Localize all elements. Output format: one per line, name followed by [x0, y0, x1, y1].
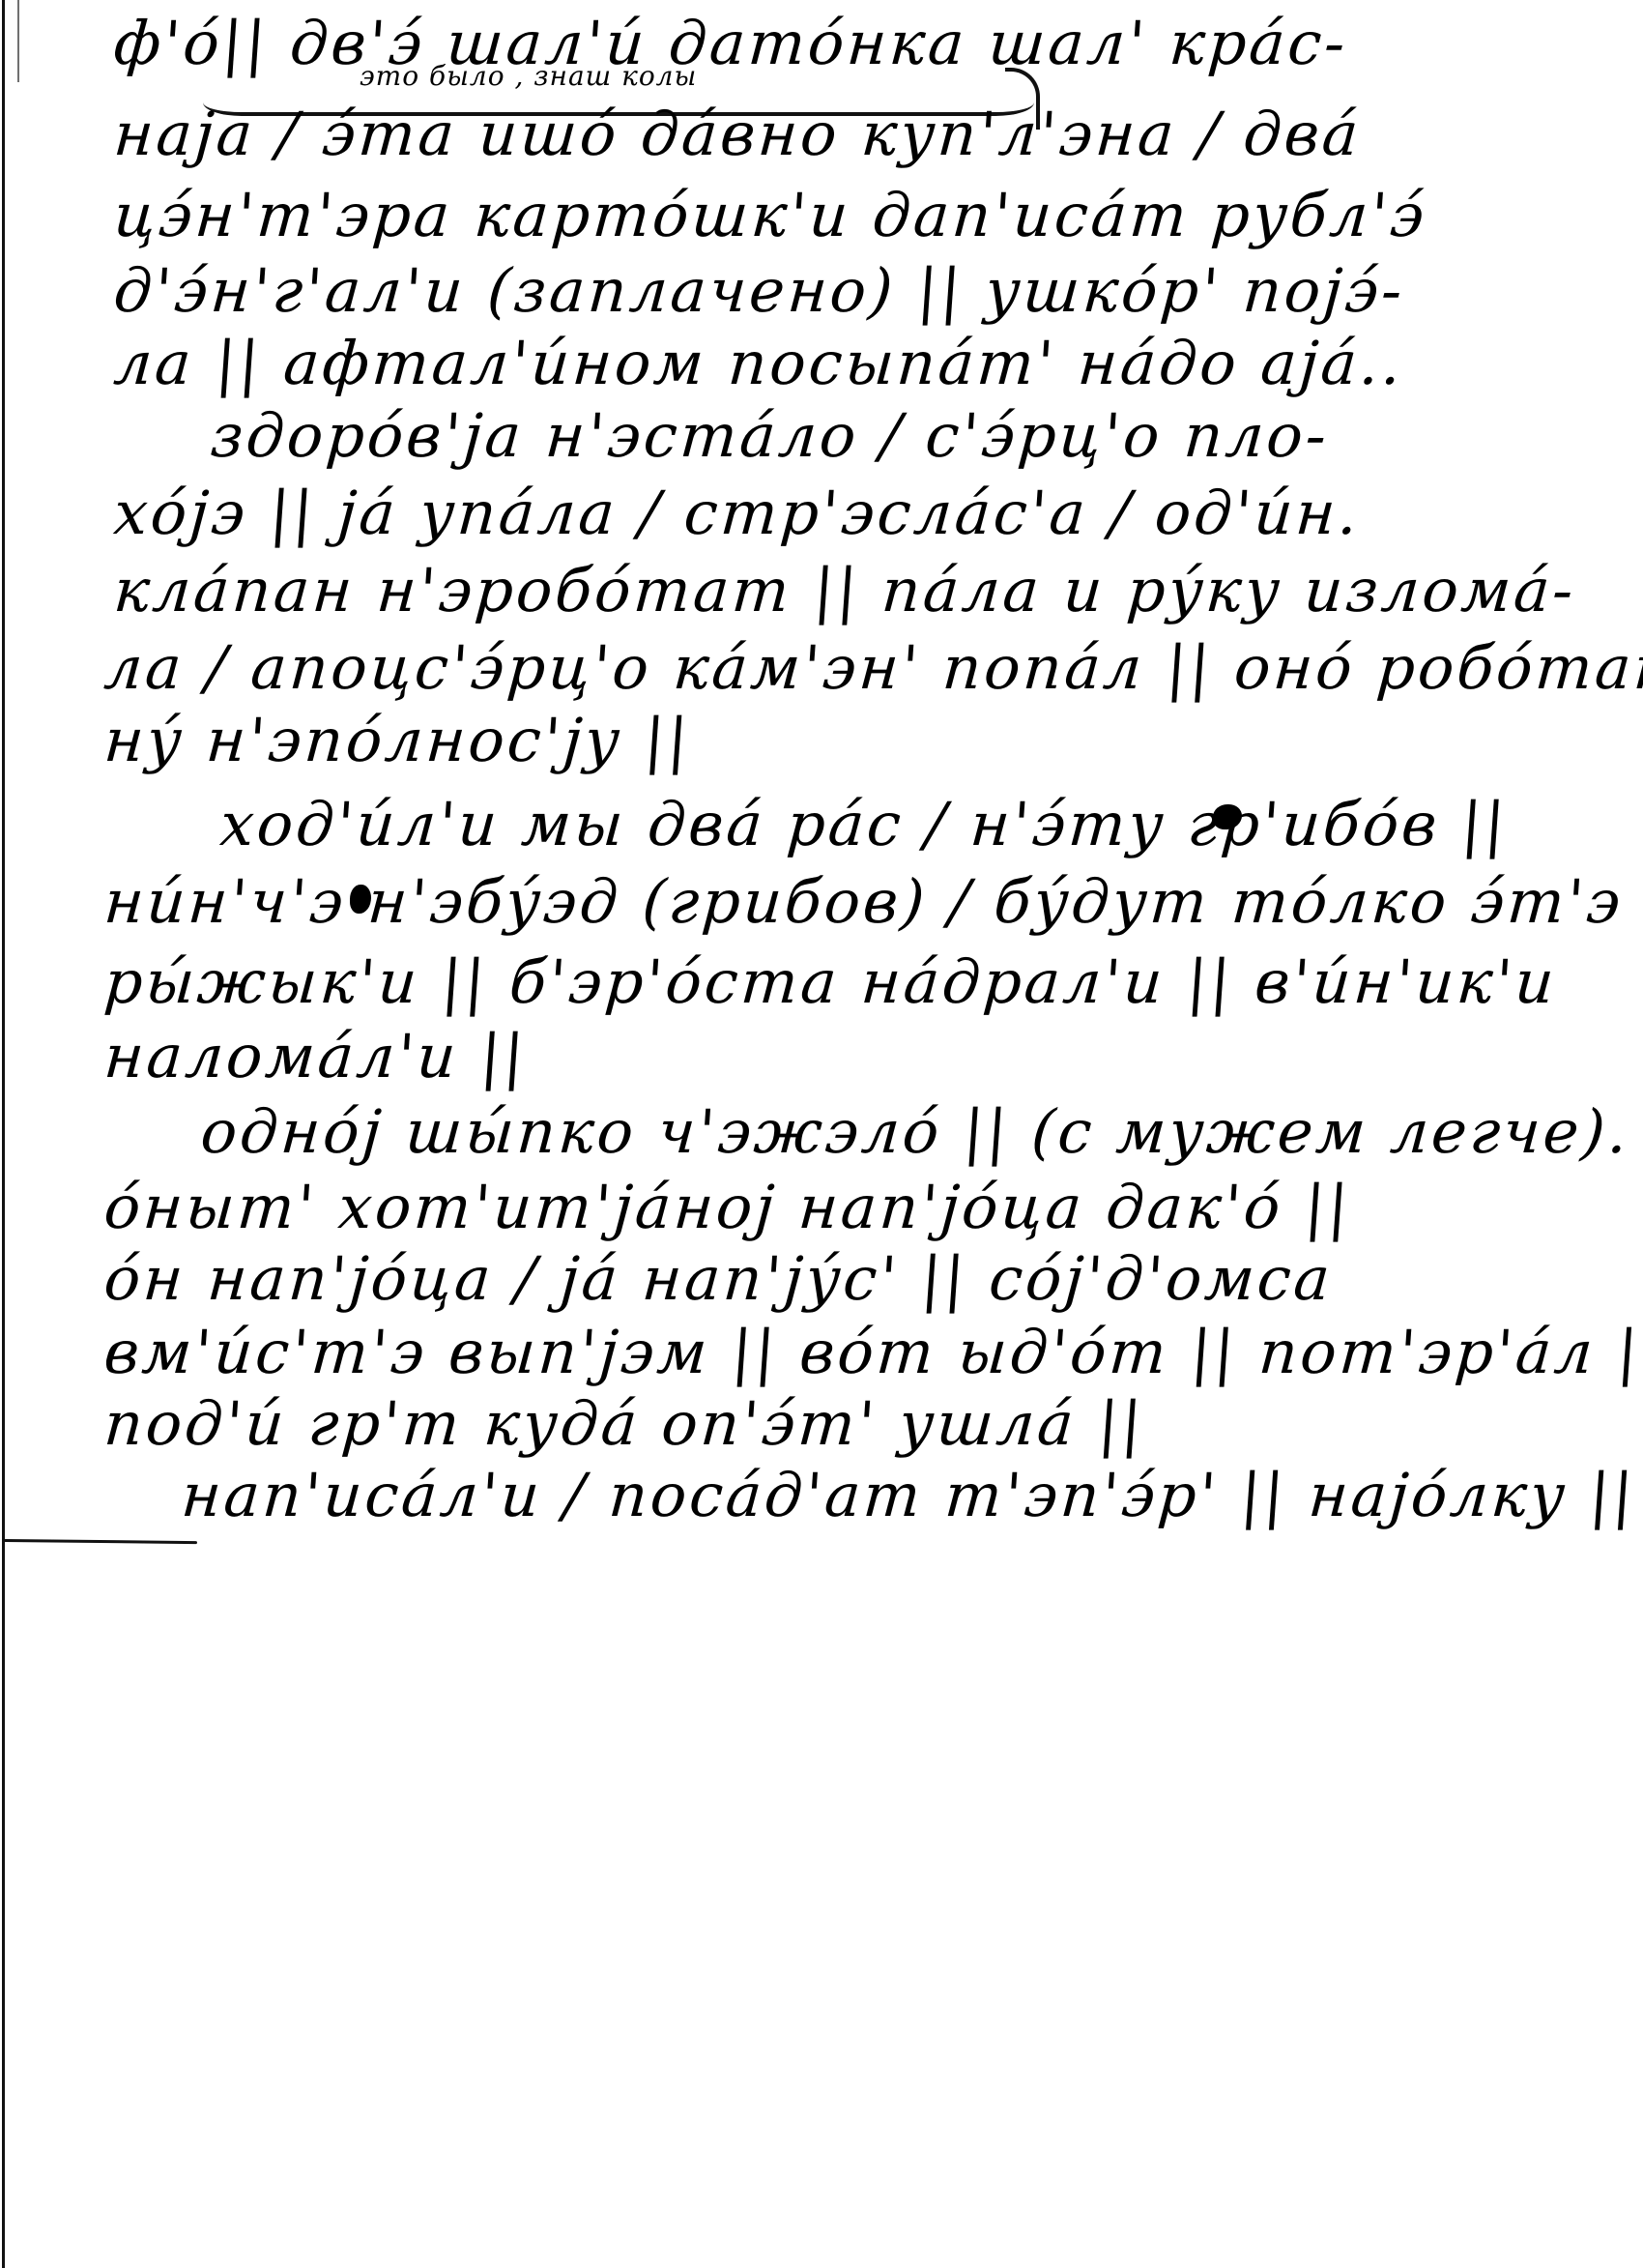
text-line-12: ни́н'ч'э н'эбу́эд (грибов) / бу́дут то́л… [102, 872, 1626, 932]
text-line-15: одно́ј шы́пко ч'эжэло́ || (с мужем легче… [199, 1102, 1632, 1162]
text-line-3: цэ́н'т'эра карто́шк'и дап'иса́т рубл'э́ [112, 186, 1428, 246]
scanned-page: это было , знаш колы ф'о́|| дв'э́ шал'и́… [0, 0, 1643, 2268]
text-line-17: о́н нап'јо́ца / ја́ нап'ју́с' || со́ј'д'… [102, 1249, 1335, 1309]
text-line-9: ла / апоцс'э́рц'о ка́м'эн' попа́л || оно… [102, 638, 1643, 698]
text-line-14: наломáл'и || [102, 1027, 529, 1087]
text-line-18: вм'и́с'т'э вып'јэм || во́т ыд'о́т || пот… [102, 1323, 1643, 1382]
text-line-20: нап'иса́л'и / поса́д'ат т'эп'э́р' || нај… [180, 1466, 1638, 1526]
text-line-2: наја / э́та ишо́ да́вно куп'л'эна / два́ [112, 104, 1363, 164]
text-line-11: ход'и́л'и мы два́ ра́с / н'э́ту гр'ибо́в… [218, 795, 1510, 855]
text-line-4: д'э́н'г'ал'и (заплачено) || ушко́р' појэ… [112, 261, 1407, 321]
text-line-16: о́ныт' хот'ит'ја́ној нап'јо́ца дак'о́ || [102, 1178, 1353, 1237]
text-line-13: ры́жык'и || б'эр'о́ста на́драл'и || в'и́… [102, 952, 1559, 1012]
text-line-5: ла || афтал'и́ном посыпа́т' на́до ајá.. [112, 334, 1406, 393]
page-corner-fold-line [4, 1539, 197, 1544]
text-line-6: здоро́в'ја н'эста́ло / с'э́рц'о пло- [209, 406, 1331, 466]
text-line-10: ну́ н'эпо́лнос'ју || [102, 711, 693, 771]
text-line-1: ф'о́|| дв'э́ шал'и́ дато́нка шал' кра́с- [112, 14, 1350, 73]
text-line-7: хо́јэ || ја́ упа́ла / стр'эсла́с'а / од'… [112, 483, 1363, 543]
text-line-19: под'и́ гр'т куда́ оп'э́т' ушла́ || [102, 1394, 1146, 1454]
left-margin-line [2, 0, 5, 2268]
text-line-8: кла́пан н'эробо́тат || па́ла и ру́ку изл… [112, 561, 1578, 621]
margin-scan-artifact [17, 0, 19, 82]
